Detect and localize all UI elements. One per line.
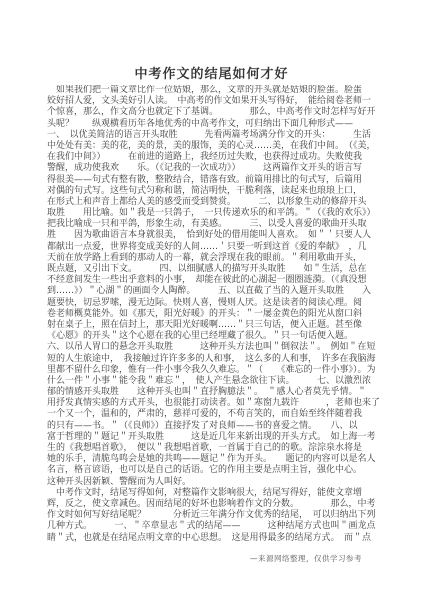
text-line: 用抒发真情实感的方式开头，也很能打动读者。如＂寒窗九载许 ，老师也来了 — [47, 398, 383, 409]
text-line: 什么一件＂小事＂能令我＂难忘＂， 使人产生悬念欲往下读。 七、以激烈浓 — [47, 376, 383, 387]
text-line: 名言，格言谚语，也可以是自己的话语。它的作用主要是点明主旨，强化中心。 — [47, 465, 383, 476]
text-line: 一、 以优美简洁的语言开头取胜 先看两篇考场满分作文的开头： 生活 — [47, 130, 383, 141]
text-line: 姣好招人爱，文头美好引人读。 中高考的作文如果开头写得好， 能给阅卷老师一 — [47, 96, 383, 107]
text-line: 睛＂式，也就是在结尾点明文章的中心思想。 这是用得最多的结尾方式。 而＂点 — [47, 533, 383, 544]
footer-note: —来源网络整理，仅供学习参考 — [250, 553, 362, 564]
text-line: 天前在放学路上看到的那动人的一幕，就会浮现在我的眼前。＂利用歌曲开头， — [47, 253, 383, 264]
text-line: 射在桌子上，照在信封上，那天阳光好暖啊……＂只三句话，便入正题。甚至像 — [47, 320, 383, 331]
text-line: 生的《我想唱首歌》， 便以＂我想唱首歌，一首属于自己的的歌。淙淙泉水将是 — [47, 443, 383, 454]
text-line: 一个又一个，温和的，严肃的，慈祥可爱的，不苟言笑的，而自始至终伴随着我 — [47, 409, 383, 420]
text-line: 不经意间发生一些出乎意料的小事， 却能在彼此的心湖起一圈圈涟漪。（《真没想 — [47, 275, 383, 286]
text-line: 辉，反之，使文章减色。因而结尾的好坏也影响着作文的分数。 那么，中考 — [47, 499, 383, 510]
text-line: 在我们中间》） 在前进的道路上，我经历过失败，也获得过成功。失败使我 — [47, 152, 383, 163]
text-line: 的只有——书。＂（《良师》）直接抒发了对良师——书的喜爱之情。 八、以 — [47, 421, 383, 432]
text-line: 《心愿》的开头＂这个心愿在我的心里已经埋藏了很久。＂只一句话便入题。 — [47, 331, 383, 342]
text-line: 六、以吊人胃口的悬念开头取胜 这种开头方法也叫＂倒叙法＂。 例如＂在短 — [47, 342, 383, 353]
text-line: 警醒，成功使我欢 乐。（《记我的一次成功》） 这两篇作文开头的语言写 — [47, 163, 383, 174]
text-line: 个惊喜，那么，作文高分也就定下了基调。 那么，中高考作文时怎样写好开 — [47, 107, 383, 118]
text-line: 郁的情感开头取胜 这种开头也叫＂直抒胸臆法＂。 ＂感人心者莫先乎情。＂ — [47, 387, 383, 398]
text-line: 几种方式。 一、＂卒章显志＂式的结尾—— 这种结尾方式也叫＂画龙点 — [47, 521, 383, 532]
document-body: 如果我们把一篇文章比作一位姑娘，那么，文章的开头就是姑娘的脸蛋。脸蛋姣好招人爱，… — [47, 85, 383, 544]
text-line: 这种开头因新颖、警醒而为人叫好。 — [47, 477, 383, 488]
text-line: 胜 因为歌曲语言本身就很美， 恰到好处的借用能叫人喜欢。 如＂＇只要人人 — [47, 230, 383, 241]
text-line: 她的乐手，清脆鸟鸣会是她的共鸣——题记＂作为开头。 题记的内容可以是名人 — [47, 454, 383, 465]
text-line: 到……》）＂心湖＂的画面令人陶醉。 五、以直截了当的入题开头取胜 入 — [47, 286, 383, 297]
text-line: 既点题，又引出下文。 四、以细腻感人的描写开头取胜 如＂生活，总在 — [47, 264, 383, 275]
text-line: 得很美——句式有整有散，整散结合，错落有致。前篇用排比的句式写，后篇用 — [47, 175, 383, 186]
text-line: 对偶的句式写。这些句式匀称和谐，简洁明快，干脆利落，读起来也琅琅上口， — [47, 186, 383, 197]
text-line: 把我比喻成一只和平鸽，形象生动，有美感。 三、以受人喜爱的歌曲开头取 — [47, 219, 383, 230]
text-line: 中考作文时，结尾写得如何，对整篇作文影响很大，结尾写得好，能使文章增 — [47, 488, 383, 499]
text-line: 都献出一点爱，世界将变成美好的人间……＇只要一听到这首《爱的奉献》 ，几 — [47, 242, 383, 253]
text-line: 作文时如何写好结尾呢？ 分析近三年满分作文优秀的结尾， 可以归纳出下列 — [47, 510, 383, 521]
text-line: 取胜 用比喻。如＂我是一只鸽子， 一只传递欢乐的和平鸽。＂（《我的欢乐》） — [47, 208, 383, 219]
text-line: 题要快，切忌罗嗦，漫无边际。快则人喜，慢则人厌。这是读者的阅读心理。阅 — [47, 298, 383, 309]
text-line: 里都不留什么印象，惟有一件小事令我久久难忘。＂（ 《难忘的一件小事》）。为 — [47, 365, 383, 376]
text-line: 如果我们把一篇文章比作一位姑娘，那么，文章的开头就是姑娘的脸蛋。脸蛋 — [47, 85, 383, 96]
text-line: 在形式上和声音上都给人美的感受而受到赞赏。 二、以形象生动的修辞开头 — [47, 197, 383, 208]
text-line: 短的人生旅途中， 我接触过许许多多的人和事， 这么多的人和事， 许多在我脑海 — [47, 354, 383, 365]
text-line: 富于哲理的＂题记＂开头取胜 这是近几年来新出现的开头方式。 如上海一考 — [47, 432, 383, 443]
document-page: 中考作文的结尾如何才好 如果我们把一篇文章比作一位姑娘，那么，文章的开头就是姑娘… — [0, 0, 423, 600]
text-line: 中处处有美：美的花，美的景，美的服饰，美的心灵……美，在我们中间。 （《美， — [47, 141, 383, 152]
document-title: 中考作文的结尾如何才好 — [0, 63, 423, 82]
text-line: 卷老师概莫能外。如《那天，阳光好暖》的开头：＂一屡金黄色的阳光从窗口斜 — [47, 309, 383, 320]
text-line: 头呢？ 纵观横看历年各地优秀的中高考作文，可归纳出下面几种形式—— — [47, 119, 383, 130]
